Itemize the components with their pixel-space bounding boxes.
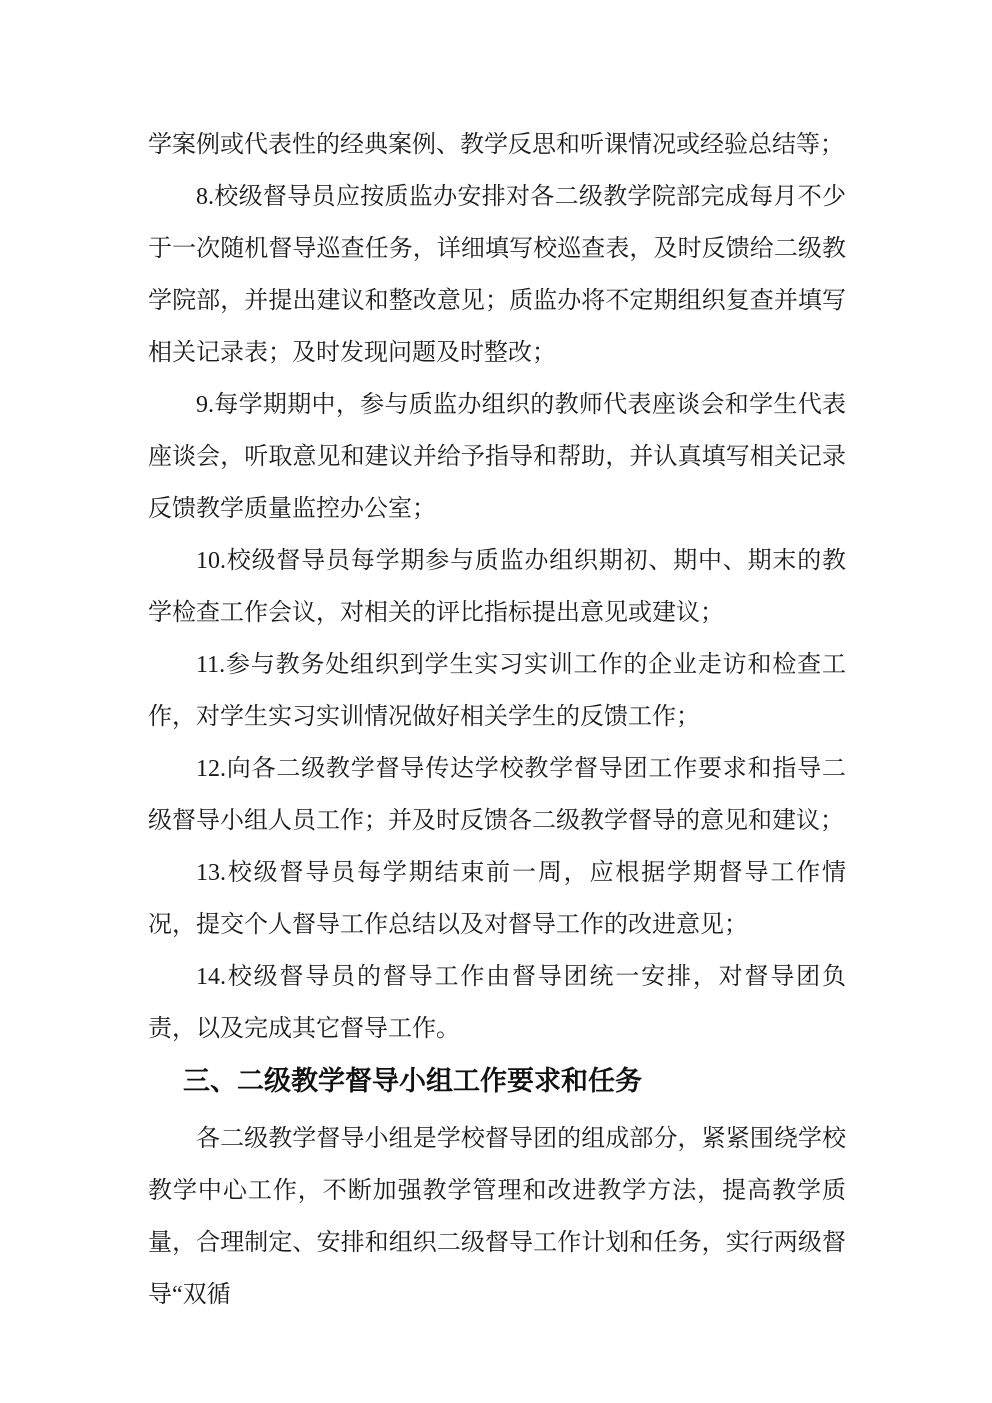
paragraph-section-3-intro: 各二级教学督导小组是学校督导团的组成部分，紧紧围绕学校教学中心工作，不断加强教学…: [148, 1113, 846, 1321]
paragraph-item-13: 13.校级督导员每学期结束前一周，应根据学期督导工作情况，提交个人督导工作总结以…: [148, 847, 846, 951]
paragraph-item-14: 14.校级督导员的督导工作由督导团统一安排，对督导团负责，以及完成其它督导工作。: [148, 951, 846, 1055]
paragraph-item-11: 11.参与教务处组织到学生实习实训工作的企业走访和检查工作，对学生实习实训情况做…: [148, 639, 846, 743]
paragraph-item-12: 12.向各二级教学督导传达学校教学督导团工作要求和指导二级督导小组人员工作；并及…: [148, 743, 846, 847]
document-page: 学案例或代表性的经典案例、教学反思和听课情况或经验总结等； 8.校级督导员应按质…: [0, 0, 992, 1403]
section-heading-3: 三、二级教学督导小组工作要求和任务: [148, 1055, 846, 1107]
paragraph-item-8: 8.校级督导员应按质监办安排对各二级教学院部完成每月不少于一次随机督导巡查任务，…: [148, 171, 846, 379]
paragraph-item-10: 10.校级督导员每学期参与质监办组织期初、期中、期末的教学检查工作会议，对相关的…: [148, 535, 846, 639]
document-text-block: 学案例或代表性的经典案例、教学反思和听课情况或经验总结等； 8.校级督导员应按质…: [148, 119, 846, 1321]
paragraph-item-9: 9.每学期期中，参与质监办组织的教师代表座谈会和学生代表座谈会，听取意见和建议并…: [148, 379, 846, 535]
paragraph-7-continuation: 学案例或代表性的经典案例、教学反思和听课情况或经验总结等；: [148, 119, 846, 171]
